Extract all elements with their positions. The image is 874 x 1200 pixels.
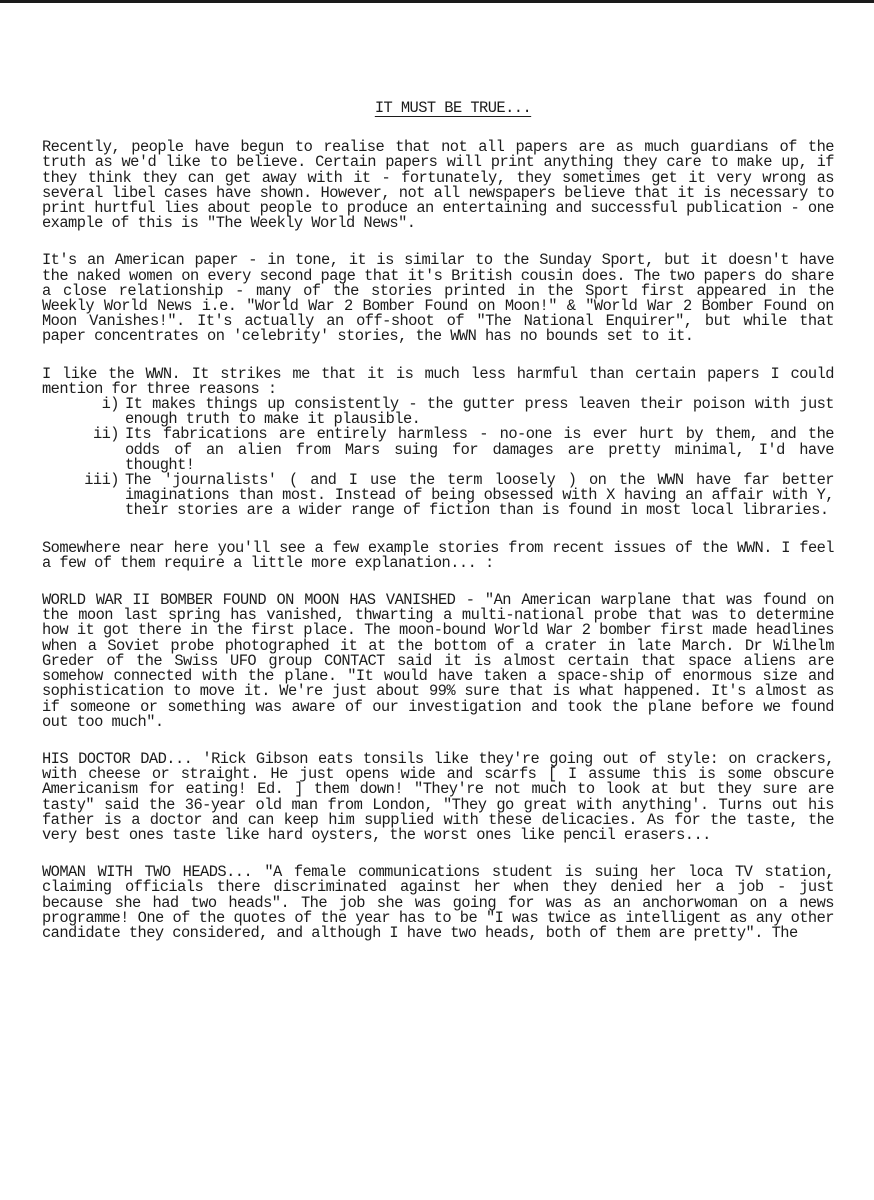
examples-intro: Somewhere near here you'll see a few exa… <box>42 541 834 571</box>
reasons-list: i) It makes things up consistently - the… <box>42 397 834 519</box>
list-item-number: ii) <box>42 427 125 473</box>
list-item-text: It makes things up consistently - the gu… <box>125 397 834 427</box>
page-top-edge <box>0 0 874 3</box>
list-item-number: iii) <box>42 473 125 519</box>
list-item: ii) Its fabrications are entirely harmle… <box>42 427 834 473</box>
reasons-intro: I like the WWN. It strikes me that it is… <box>42 367 834 397</box>
story-bomber: WORLD WAR II BOMBER FOUND ON MOON HAS VA… <box>42 593 834 730</box>
intro-paragraph: Recently, people have begun to realise t… <box>42 140 834 231</box>
list-item-text: Its fabrications are entirely harmless -… <box>125 427 834 473</box>
list-item-text: The 'journalists' ( and I use the term l… <box>125 473 834 519</box>
reasons-section: I like the WWN. It strikes me that it is… <box>42 367 834 519</box>
document-page: IT MUST BE TRUE... Recently, people have… <box>42 96 834 963</box>
story-doctor-dad: HIS DOCTOR DAD... 'Rick Gibson eats tons… <box>42 752 834 843</box>
list-item: i) It makes things up consistently - the… <box>42 397 834 427</box>
story-two-heads: WOMAN WITH TWO HEADS... "A female commun… <box>42 865 834 941</box>
list-item-number: i) <box>42 397 125 427</box>
page-title: IT MUST BE TRUE... <box>42 101 834 116</box>
background-paragraph: It's an American paper - in tone, it is … <box>42 253 834 344</box>
list-item: iii) The 'journalists' ( and I use the t… <box>42 473 834 519</box>
story-body: - "An American warplane that was found o… <box>42 591 834 731</box>
